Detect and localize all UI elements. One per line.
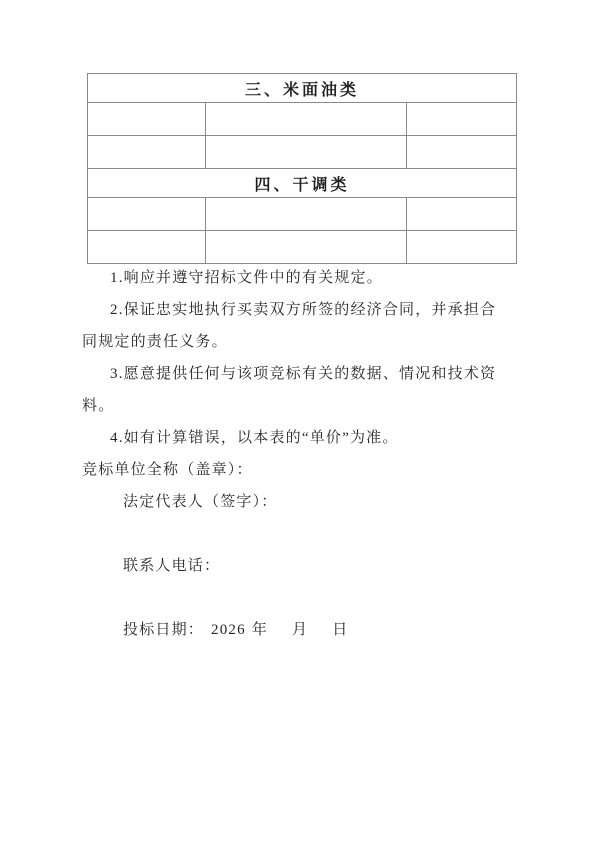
empty-cell	[206, 103, 407, 136]
bid-date-line: 投标日期：2026年月日	[82, 614, 518, 646]
bid-year-value: 2026	[211, 622, 246, 638]
empty-cell	[88, 198, 206, 231]
empty-cell	[407, 198, 517, 231]
document-page: 三、米面油类 四、干调类	[0, 0, 600, 848]
table-row	[88, 198, 517, 231]
empty-cell	[206, 136, 407, 169]
bidder-name-label: 竞标单位全称（盖章）：	[82, 454, 518, 486]
section-header-dry-seasoning: 四、干调类	[88, 169, 517, 198]
contact-phone-label: 联系人电话：	[82, 550, 518, 582]
empty-cell	[407, 136, 517, 169]
empty-cell	[88, 103, 206, 136]
table-row	[88, 231, 517, 264]
empty-cell	[88, 231, 206, 264]
clause-2-line-1: 2.保证忠实地执行买卖双方所签的经济合同，并承担合	[82, 294, 518, 326]
month-unit-label: 月	[292, 622, 308, 638]
table-row: 四、干调类	[88, 169, 517, 198]
empty-cell	[88, 136, 206, 169]
table-row: 三、米面油类	[88, 74, 517, 103]
empty-cell	[206, 231, 407, 264]
section-header-rice-flour-oil: 三、米面油类	[88, 74, 517, 103]
empty-cell	[407, 103, 517, 136]
legal-rep-label: 法定代表人（签字）：	[82, 486, 518, 518]
table-row	[88, 103, 517, 136]
terms-and-signature-block: 1.响应并遵守招标文件中的有关规定。 2.保证忠实地执行买卖双方所签的经济合同，…	[82, 262, 518, 646]
clause-2-line-2: 同规定的责任义务。	[82, 326, 518, 358]
empty-cell	[407, 231, 517, 264]
clause-4-line: 4.如有计算错误，以本表的“单价”为准。	[82, 422, 518, 454]
clause-3-line-2: 料。	[82, 390, 518, 422]
table-row	[88, 136, 517, 169]
clause-3-line-1: 3.愿意提供任何与该项竞标有关的数据、情况和技术资	[82, 358, 518, 390]
year-unit-label: 年	[252, 622, 268, 638]
empty-cell	[206, 198, 407, 231]
category-price-table: 三、米面油类 四、干调类	[87, 73, 517, 264]
day-unit-label: 日	[332, 622, 348, 638]
bid-date-label: 投标日期：	[123, 622, 204, 638]
clause-1-line: 1.响应并遵守招标文件中的有关规定。	[82, 262, 518, 294]
